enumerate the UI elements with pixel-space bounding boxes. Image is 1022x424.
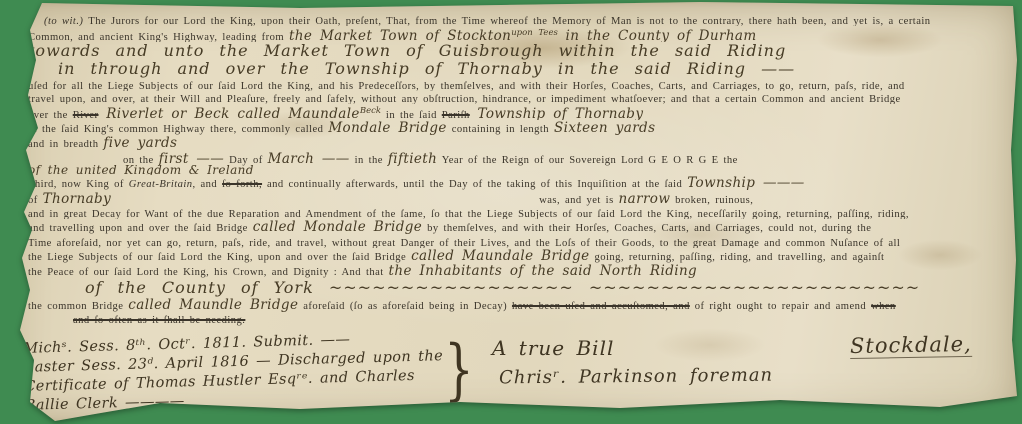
interlined-insertion: Beck [360,106,381,116]
printed-text: and continually afterwards, until the Da… [262,179,687,190]
handwritten-text: Riverlet or Beck called Maundale [99,106,360,120]
handwritten-text: the Market Town of Stockton [289,28,511,42]
printed-text: of [28,195,43,206]
document-line: the Peace of our ſaid Lord the King, his… [28,263,1006,279]
handwritten-text: Mondale Bridge [328,120,447,136]
handwritten-text: Township ——— [687,175,805,191]
printed-text-struck: have been uſed and accuſtomed, and [512,301,690,312]
printed-text: in the ſaid [381,110,442,120]
printed-text: Great-Britain [129,179,193,190]
document-line: uſed for all the Liege Subjects of our ſ… [28,78,1006,91]
document-line: Time aforeſaid, nor yet can go, return, … [28,235,1006,248]
handwritten-text: in the County of Durham [558,28,757,42]
document-line: the Liege Subjects of our ſaid Lord the … [28,248,1006,264]
printed-text-struck: ſo forth, [222,179,262,190]
pen-flourish: ~~~~~~~~~~~~~~~~~ ~~~~~~~~~~~~~~~~~~~~~~… [329,279,920,297]
foreman-signature: Chrisʳ. Parkinson foreman [499,365,773,389]
curly-brace: } [444,340,473,400]
handwritten-text: Sixteen yards [554,120,655,136]
handwritten-text: of the united Kingdom & Ireland [28,164,254,175]
document-line: in the ſaid King's common Highway there,… [28,120,1006,136]
printed-text: travel upon, and over, at their Will and… [28,94,901,104]
printed-text: containing in length [447,124,554,135]
printed-text-struck: River [73,110,99,120]
document-line: (to wit.) The Jurors for our Lord the Ki… [28,13,1006,26]
printed-text: The Jurors for our Lord the King, upon t… [88,16,930,26]
printed-text: aforeſaid (ſo as aforeſaid being in Deca… [298,301,512,312]
printed-text: by themſelves, and with their Horſes, Co… [422,223,871,234]
document-line: the common Bridge called Maundle Bridge … [28,297,1006,313]
green-backing-board: (to wit.) The Jurors for our Lord the Ki… [0,0,1022,424]
handwritten-text: fiftieth [388,151,437,167]
parchment-wrapper: (to wit.) The Jurors for our Lord the Ki… [0,0,1022,424]
printed-text: and in breadth [28,139,103,150]
printed-text: going, returning, paſſing, riding, and t… [590,252,885,263]
printed-text: of right ought to repair and amend [690,301,871,312]
document-line: towards and unto the Market Town of Guis… [28,42,1006,60]
printed-text: , and [193,179,223,190]
document-line: and travelling upon and over the ſaid Br… [28,219,1006,235]
handwritten-text: in through and over the Township of Thor… [58,60,795,78]
printed-text: broken, ruinous, [670,195,753,206]
printed-text: was, and yet is [539,195,618,206]
stockdale-signature: Stockdale, [850,332,972,359]
interlined-insertion: upon Tees [511,28,558,38]
printed-text-struck: and ſo often as it ſhall be needing. [73,315,245,325]
printed-text: Third, now King of [28,179,129,190]
printed-text: the Liege Subjects of our ſaid Lord the … [28,252,411,263]
document-line: travel upon, and over, at their Will and… [28,91,1006,104]
document-line: of Thornabywas, and yet is narrow broken… [28,191,1006,207]
indictment-text: (to wit.) The Jurors for our Lord the Ki… [28,13,1006,326]
parchment-document: (to wit.) The Jurors for our Lord the Ki… [0,0,1022,424]
printed-text: and in great Decay for Want of the due R… [28,209,909,219]
true-bill-verdict: A true Bill [492,336,614,360]
handwritten-text: Thornaby [43,191,112,207]
document-line: in through and over the Township of Thor… [28,60,1006,78]
document-line: and in great Decay for Want of the due R… [28,206,1006,219]
printed-text: Year of the Reign of our Sovereign Lord … [437,155,738,166]
document-line: and in breadth five yards [28,135,1006,151]
handwritten-text: March —— [268,151,350,167]
handwritten-text: narrow [619,191,671,207]
printed-text-struck: Pariſh [442,110,470,120]
printed-text: in the ſaid King's common Highway there,… [28,124,328,135]
handwritten-text: called Maundale Bridge [411,248,589,264]
handwritten-text: five yards [103,135,177,151]
document-line: and ſo often as it ſhall be needing. [28,312,1006,325]
document-line: Common, and ancient King's Highway, lead… [28,26,1006,42]
printed-text: over the [28,110,73,120]
document-line: of the County of York ~~~~~~~~~~~~~~~~~ … [28,279,1006,297]
printed-text: Common, and ancient King's Highway, lead… [28,32,289,42]
handwritten-text: towards and unto the Market Town of Guis… [28,42,786,60]
document-line: over the River Riverlet or Beck called M… [28,104,1006,120]
printed-text: the Peace of our ſaid Lord the King, his… [28,267,389,278]
sessions-margin-notes: Michˢ. Sess. 8ᵗʰ. Octʳ. 1811. Submit. ——… [23,328,444,416]
printed-text: the common Bridge [28,301,128,312]
printed-text: and travelling upon and over the ſaid Br… [28,223,253,234]
printed-text-struck: when [871,301,896,312]
printed-text: (to wit.) [44,16,88,26]
document-line: Third, now King of Great-Britain, and ſo… [28,175,1006,191]
handwritten-text: called Maundle Bridge [128,297,298,313]
handwritten-text: Township of Thornaby [470,106,644,120]
printed-text: in the [350,155,388,166]
handwritten-text: the Inhabitants of the said North Riding [389,263,698,279]
printed-text: Time aforeſaid, nor yet can go, return, … [28,238,900,248]
handwritten-text: of the County of York [85,279,329,297]
printed-text: uſed for all the Liege Subjects of our ſ… [28,81,905,91]
handwritten-text: called Mondale Bridge [253,219,422,235]
